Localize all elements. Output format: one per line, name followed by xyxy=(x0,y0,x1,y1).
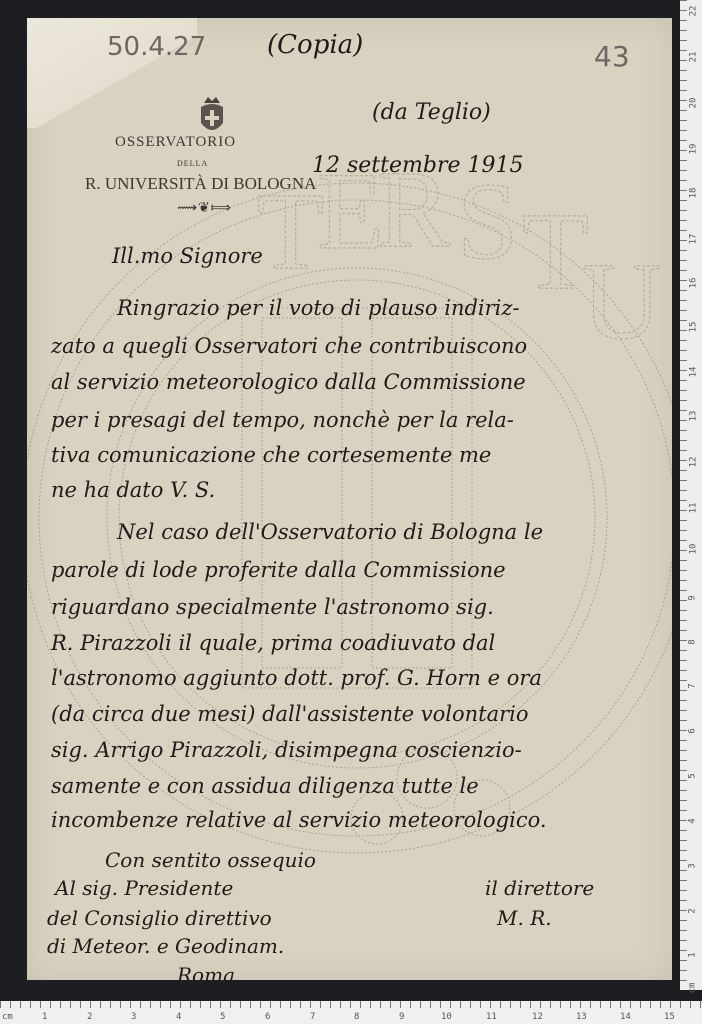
ruler-label: 11 xyxy=(486,1012,497,1022)
ruler-label: 13 xyxy=(688,411,698,422)
vertical-ruler: 22 21 20 19 18 17 16 15 14 13 12 11 10 9… xyxy=(680,0,702,990)
ruler-label: 14 xyxy=(688,367,698,378)
ruler-label: 10 xyxy=(688,544,698,555)
letterhead-ornament: ⟿❦⟾ xyxy=(177,200,232,217)
body-line: ne ha dato V. S. xyxy=(51,478,215,502)
body-line: sig. Arrigo Pirazzoli, disimpegna coscie… xyxy=(51,738,522,762)
ruler-label: 3 xyxy=(688,863,698,868)
letterhead-university: R. UNIVERSITÀ DI BOLOGNA xyxy=(85,174,316,194)
ruler-label: 17 xyxy=(688,234,698,245)
body-line: riguardano specialmente l'astronomo sig. xyxy=(51,595,494,619)
ruler-label: 7 xyxy=(688,683,698,688)
body-line: parole di lode proferite dalla Commissio… xyxy=(51,558,506,582)
body-line: samente e con assidua diligenza tutte le xyxy=(51,774,479,798)
ruler-label: 4 xyxy=(176,1012,181,1022)
ruler-label: 2 xyxy=(87,1012,92,1022)
ruler-label: 4 xyxy=(688,818,698,823)
body-line: (da circa due mesi) dall'assistente volo… xyxy=(51,702,529,726)
ruler-label: 6 xyxy=(688,728,698,733)
svg-text:U: U xyxy=(582,240,661,362)
recipient-line: Al sig. Presidente xyxy=(55,876,233,900)
place-of-writing: (da Teglio) xyxy=(372,100,491,125)
ruler-unit: cm xyxy=(2,1012,13,1022)
archive-code: 50.4.27 xyxy=(107,32,206,62)
body-line: al servizio meteorologico dalla Commissi… xyxy=(51,370,526,394)
ruler-label: 6 xyxy=(265,1012,270,1022)
ruler-label: 20 xyxy=(688,98,698,109)
closing: Con sentito ossequio xyxy=(105,848,316,872)
ruler-label: 2 xyxy=(688,908,698,913)
body-line: tiva comunicazione che cortesemente me xyxy=(51,443,491,467)
ruler-unit: cm xyxy=(687,983,697,994)
ruler-label: 18 xyxy=(688,188,698,199)
body-line: Ringrazio per il voto di plauso indiriz- xyxy=(117,296,520,320)
signature-title: il direttore xyxy=(485,876,594,900)
body-line: R. Pirazzoli il quale, prima coadiuvato … xyxy=(51,631,495,655)
ruler-label: 3 xyxy=(131,1012,136,1022)
svg-text:S: S xyxy=(457,160,518,282)
ruler-label: 16 xyxy=(688,278,698,289)
ruler-label: 21 xyxy=(688,52,698,63)
ruler-label: 8 xyxy=(688,639,698,644)
ruler-label: 12 xyxy=(532,1012,543,1022)
ruler-label: 1 xyxy=(42,1012,47,1022)
svg-text:T: T xyxy=(522,190,589,312)
ruler-label: 11 xyxy=(688,503,698,514)
letter-page: T E R S T U 50.4.27 (Copia) 43 OSSERVATO… xyxy=(27,18,672,980)
body-line: l'astronomo aggiunto dott. prof. G. Horn… xyxy=(51,666,542,690)
ruler-label: 22 xyxy=(688,6,698,17)
ruler-label: 7 xyxy=(310,1012,315,1022)
letterhead-della: DELLA xyxy=(177,159,208,168)
copy-annotation: (Copia) xyxy=(267,30,363,60)
horizontal-ruler: cm 1 2 3 4 5 6 7 8 9 10 11 12 13 14 15 xyxy=(0,1001,702,1024)
ruler-label: 9 xyxy=(399,1012,404,1022)
ruler-label: 15 xyxy=(664,1012,675,1022)
ruler-label: 5 xyxy=(220,1012,225,1022)
body-line: incombenze relative al servizio meteorol… xyxy=(51,808,547,832)
salutation: Ill.mo Signore xyxy=(112,244,263,268)
ruler-label: 9 xyxy=(688,595,698,600)
ruler-label: 14 xyxy=(620,1012,631,1022)
ruler-label: 8 xyxy=(354,1012,359,1022)
page-number: 43 xyxy=(594,40,630,73)
ruler-label: 19 xyxy=(688,144,698,155)
ruler-label: 10 xyxy=(441,1012,452,1022)
signature-initials: M. R. xyxy=(497,906,552,930)
body-line: per i presagi del tempo, nonchè per la r… xyxy=(51,408,514,432)
ruler-label: 5 xyxy=(688,773,698,778)
body-line: zato a quegli Osservatori che contribuis… xyxy=(51,334,527,358)
ruler-label: 15 xyxy=(688,322,698,333)
ruler-label: 1 xyxy=(688,952,698,957)
recipient-line: del Consiglio direttivo xyxy=(47,906,272,930)
recipient-city: Roma xyxy=(177,963,235,980)
body-line: Nel caso dell'Osservatorio di Bologna le xyxy=(117,520,543,544)
ruler-label: 12 xyxy=(688,457,698,468)
ruler-label: 13 xyxy=(576,1012,587,1022)
recipient-line: di Meteor. e Geodinam. xyxy=(47,934,284,958)
letterhead-observatory: OSSERVATORIO xyxy=(115,134,236,151)
letter-date: 12 settembre 1915 xyxy=(312,153,523,178)
